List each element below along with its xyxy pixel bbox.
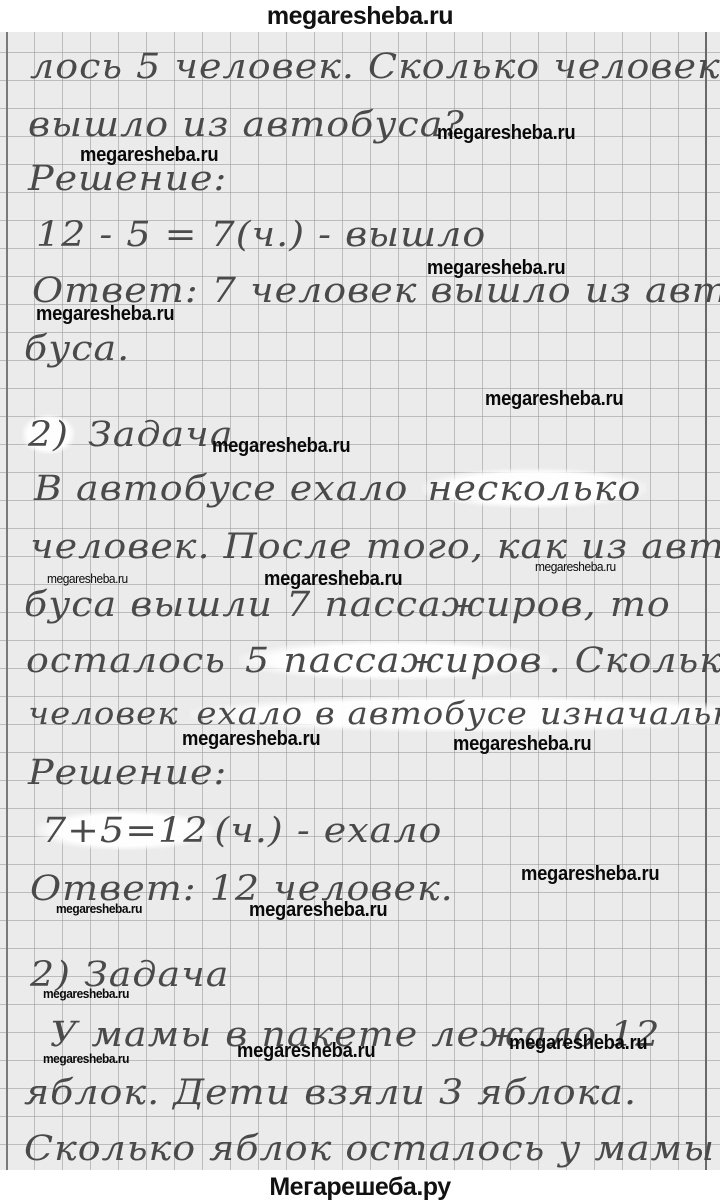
watermark: megaresheba.ru — [427, 257, 565, 280]
site-header: megaresheba.ru — [0, 0, 720, 32]
corrected-word: несколько — [422, 468, 648, 508]
watermark: megaresheba.ru — [237, 1040, 375, 1063]
handwritten-equation: 7+5=12(ч.) - ехало — [36, 810, 442, 850]
task-number: 2) — [22, 414, 75, 454]
watermark: megaresheba.ru — [80, 144, 218, 167]
handwritten-line: человек. После того, как из авто- — [30, 526, 720, 566]
line-text: человек — [28, 696, 190, 732]
watermark: megaresheba.ru — [535, 559, 616, 574]
watermark: megaresheba.ru — [212, 435, 350, 458]
line-text: . Сколько — [549, 640, 720, 680]
line-text: осталось — [26, 640, 239, 680]
line-text: В автобусе ехало — [34, 468, 422, 508]
watermark: megaresheba.ru — [509, 1032, 647, 1055]
watermark: megaresheba.ru — [56, 901, 142, 916]
handwritten-line: осталось 5 пассажиров. Сколько — [26, 640, 720, 680]
site-footer: Мегарешеба.ру — [0, 1170, 720, 1204]
handwritten-line: буса. — [24, 328, 130, 368]
corrected-word: ехало в автобусе изначально — [190, 696, 720, 732]
handwritten-line: лось 5 человек. Сколько человек — [30, 46, 720, 86]
task-heading: 2) Задача — [22, 414, 233, 454]
handwritten-line: человек ехало в автобусе изначально? — [28, 696, 720, 732]
handwritten-line: В автобусе ехало несколько — [34, 468, 647, 508]
handwritten-line: Сколько яблок осталось у мамы — [24, 1128, 715, 1168]
site-name-cyrillic: Мегарешеба.ру — [269, 1173, 450, 1201]
watermark: megaresheba.ru — [437, 122, 575, 145]
watermark: megaresheba.ru — [453, 733, 591, 756]
handwritten-line: яблок. Дети взяли 3 яблока. — [24, 1072, 637, 1112]
watermark: megaresheba.ru — [36, 303, 174, 326]
watermark: megaresheba.ru — [264, 568, 402, 591]
corrected-equation: 7+5=12 — [36, 810, 214, 850]
handwritten-line: Решение: — [28, 752, 227, 792]
margin-line-left — [6, 32, 8, 1170]
watermark: megaresheba.ru — [485, 388, 623, 411]
watermark: megaresheba.ru — [47, 571, 128, 586]
corrected-word: 5 пассажиров — [239, 640, 549, 680]
site-name: megaresheba.ru — [267, 2, 453, 30]
watermark: megaresheba.ru — [43, 1051, 129, 1066]
margin-line-right — [705, 32, 707, 1170]
line-text: (ч.) - ехало — [214, 810, 442, 850]
watermark: megaresheba.ru — [43, 986, 129, 1001]
watermark: megaresheba.ru — [249, 899, 387, 922]
handwritten-line: вышло из автобуса? — [28, 104, 465, 144]
watermark: megaresheba.ru — [182, 728, 320, 751]
handwritten-equation: 12 - 5 = 7(ч.) - вышло — [36, 214, 486, 254]
watermark: megaresheba.ru — [521, 863, 659, 886]
